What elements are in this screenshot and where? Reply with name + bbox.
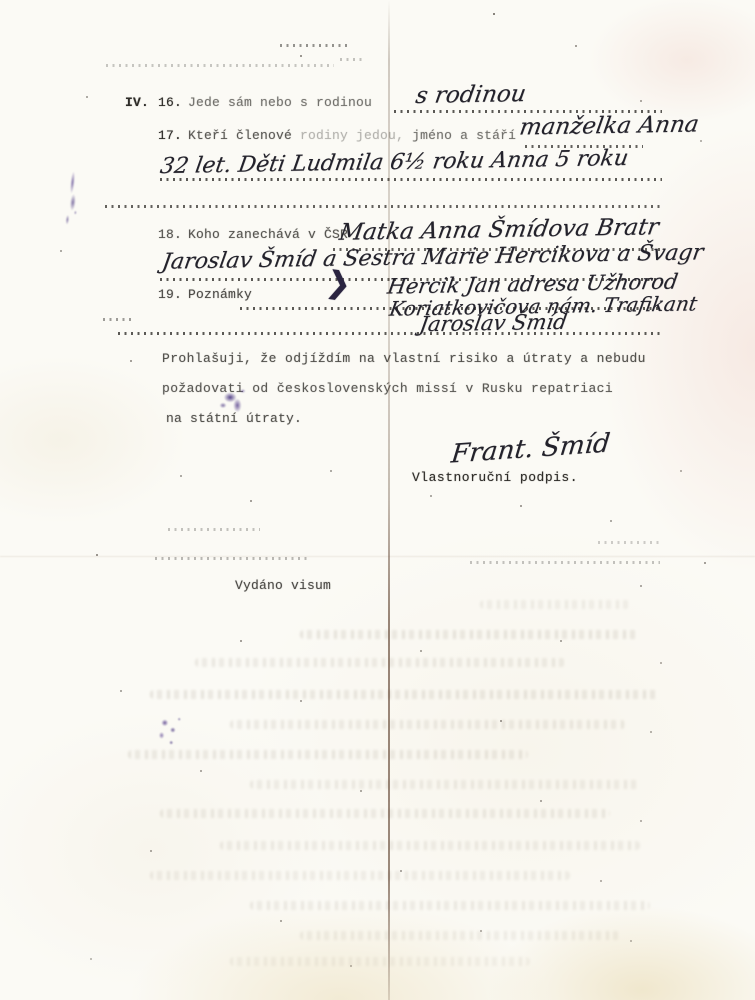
paper-speckles xyxy=(0,0,2,2)
dotted-leader xyxy=(118,332,662,335)
ink-blot-lower xyxy=(152,712,184,748)
ghost-dots xyxy=(103,318,131,321)
bleed-through-row xyxy=(150,871,570,880)
bleed-through-row xyxy=(150,690,660,699)
question-16-label: 16.Jede sám nebo s rodinou xyxy=(158,95,372,110)
ghost-dots xyxy=(340,58,366,61)
ghost-dots xyxy=(280,44,350,47)
signature-handwritten: Frant. Šmíd xyxy=(450,429,612,470)
answer-18-line5-handwritten: Jaroslav Šmíd xyxy=(418,310,569,337)
question-17-label: 17.Kteří členové rodiny jedou, jméno a s… xyxy=(158,128,516,143)
question-18-number: 18. xyxy=(158,227,182,242)
question-19-label: 19.Poznámky xyxy=(158,287,252,302)
section-number: IV. xyxy=(125,95,149,110)
ink-blot-declaration xyxy=(214,383,250,415)
ghost-dots xyxy=(155,557,307,560)
ghost-dots xyxy=(168,528,260,531)
ghost-dots xyxy=(106,64,334,67)
bleed-through-row xyxy=(220,841,640,850)
question-16-number: 16. xyxy=(158,95,182,110)
bleed-through-row xyxy=(300,630,640,639)
horizontal-fold-crease xyxy=(0,556,755,557)
bleed-through-row xyxy=(250,901,650,910)
handwritten-check-mark: ❯ xyxy=(324,264,354,302)
question-17-number: 17. xyxy=(158,128,182,143)
bleed-through-row xyxy=(128,750,528,759)
bleed-through-row xyxy=(230,957,530,966)
ghost-dots xyxy=(470,561,660,564)
visa-issued-note: Vydáno visum xyxy=(235,578,331,593)
vertical-fold-crease xyxy=(388,0,390,1000)
ink-smudge-left xyxy=(57,165,88,233)
scanned-document-page: IV. 16.Jede sám nebo s rodinou s rodinou… xyxy=(0,0,755,1000)
question-18-label: 18.Koho zanechává v ČSR xyxy=(158,227,348,242)
bleed-through-row xyxy=(300,931,620,940)
answer-17-line2-handwritten: 32 let. Děti Ludmila 6½ roku Anna 5 roku xyxy=(158,146,630,179)
declaration-line-1: Prohlašuji, že odjíždím na vlastní risik… xyxy=(162,351,646,366)
bleed-through-row xyxy=(250,780,640,789)
bleed-through-row xyxy=(160,809,610,818)
question-19-number: 19. xyxy=(158,287,182,302)
answer-16-handwritten: s rodinou xyxy=(414,81,528,109)
signature-typed-label: Vlastnoruční podpis. xyxy=(412,470,578,485)
dotted-leader xyxy=(160,178,662,181)
bleed-through-row xyxy=(230,720,625,729)
dotted-leader xyxy=(105,205,662,208)
ghost-dots xyxy=(598,541,660,544)
bleed-through-row xyxy=(195,658,565,667)
answer-17-handwritten: manželka Anna xyxy=(518,111,701,140)
bleed-through-row xyxy=(480,600,630,609)
